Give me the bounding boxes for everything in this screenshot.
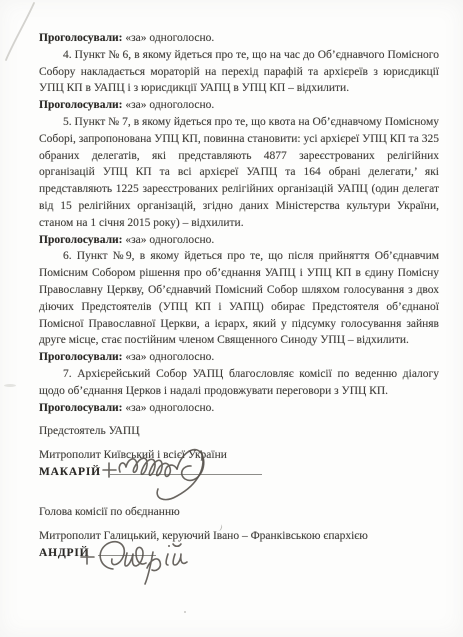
vote-label: Проголосували: <box>39 99 123 111</box>
signature-line-1 <box>110 474 262 475</box>
vote-result-line-1: Проголосували: «за» одноголосно. <box>39 30 439 47</box>
signatory-1-name: МАКАРІЙ <box>39 466 101 478</box>
scan-fold-line-artifact <box>0 0 80 70</box>
scan-speck <box>184 611 186 613</box>
vote-text: «за» одноголосно. <box>125 351 214 363</box>
resolution-item-6: 6. Пункт №9, в якому йдеться про те, що … <box>39 248 439 349</box>
vote-text: «за» одноголосно. <box>125 402 214 414</box>
vote-text: «за» одноголосно. <box>125 32 214 44</box>
resolution-item-5: 5. Пункт № 7, в якому йдеться про те, що… <box>39 114 439 232</box>
vote-label: Проголосували: <box>39 402 123 414</box>
signature-section: Предстоятель УАПЦ Митрополит Київський і… <box>39 423 439 562</box>
signatory-1-role-title: Предстоятель УАПЦ <box>39 423 439 440</box>
resolution-item-4: 4. Пункт № 6, в якому йдеться про те, що… <box>39 47 439 97</box>
vote-text: «за» одноголосно. <box>125 234 214 246</box>
signatory-2-role-title: Голова комісії по обєднанню <box>39 504 439 521</box>
signatory-1-role-detail: Митрополит Київський і всієї України <box>39 447 439 464</box>
signature-line-2 <box>98 555 156 556</box>
vote-result-line-3: Проголосували: «за» одноголосно. <box>39 232 439 249</box>
document-body: Проголосували: «за» одноголосно. 4. Пунк… <box>0 0 463 563</box>
vote-text: «за» одноголосно. <box>125 99 214 111</box>
vote-result-line-5: Проголосували: «за» одноголосно. <box>39 400 439 417</box>
vote-label: Проголосували: <box>39 351 123 363</box>
resolution-item-7: 7. Архієрейський Собор УАПЦ благословляє… <box>39 366 439 400</box>
signatory-2-name-line: АНДРІЙ <box>39 545 439 563</box>
vote-result-line-2: Проголосували: «за» одноголосно. <box>39 97 439 114</box>
scan-speck <box>4 384 16 387</box>
scanned-document-page: Проголосували: «за» одноголосно. 4. Пунк… <box>0 0 463 637</box>
signatory-1-name-line: МАКАРІЙ <box>39 464 439 482</box>
signatory-2-role-detail: Митрополит Галицький, керуючий Івано – Ф… <box>39 528 439 545</box>
vote-result-line-4: Проголосували: «за» одноголосно. <box>39 349 439 366</box>
vote-label: Проголосували: <box>39 234 123 246</box>
signatory-2-name: АНДРІЙ <box>39 547 89 559</box>
